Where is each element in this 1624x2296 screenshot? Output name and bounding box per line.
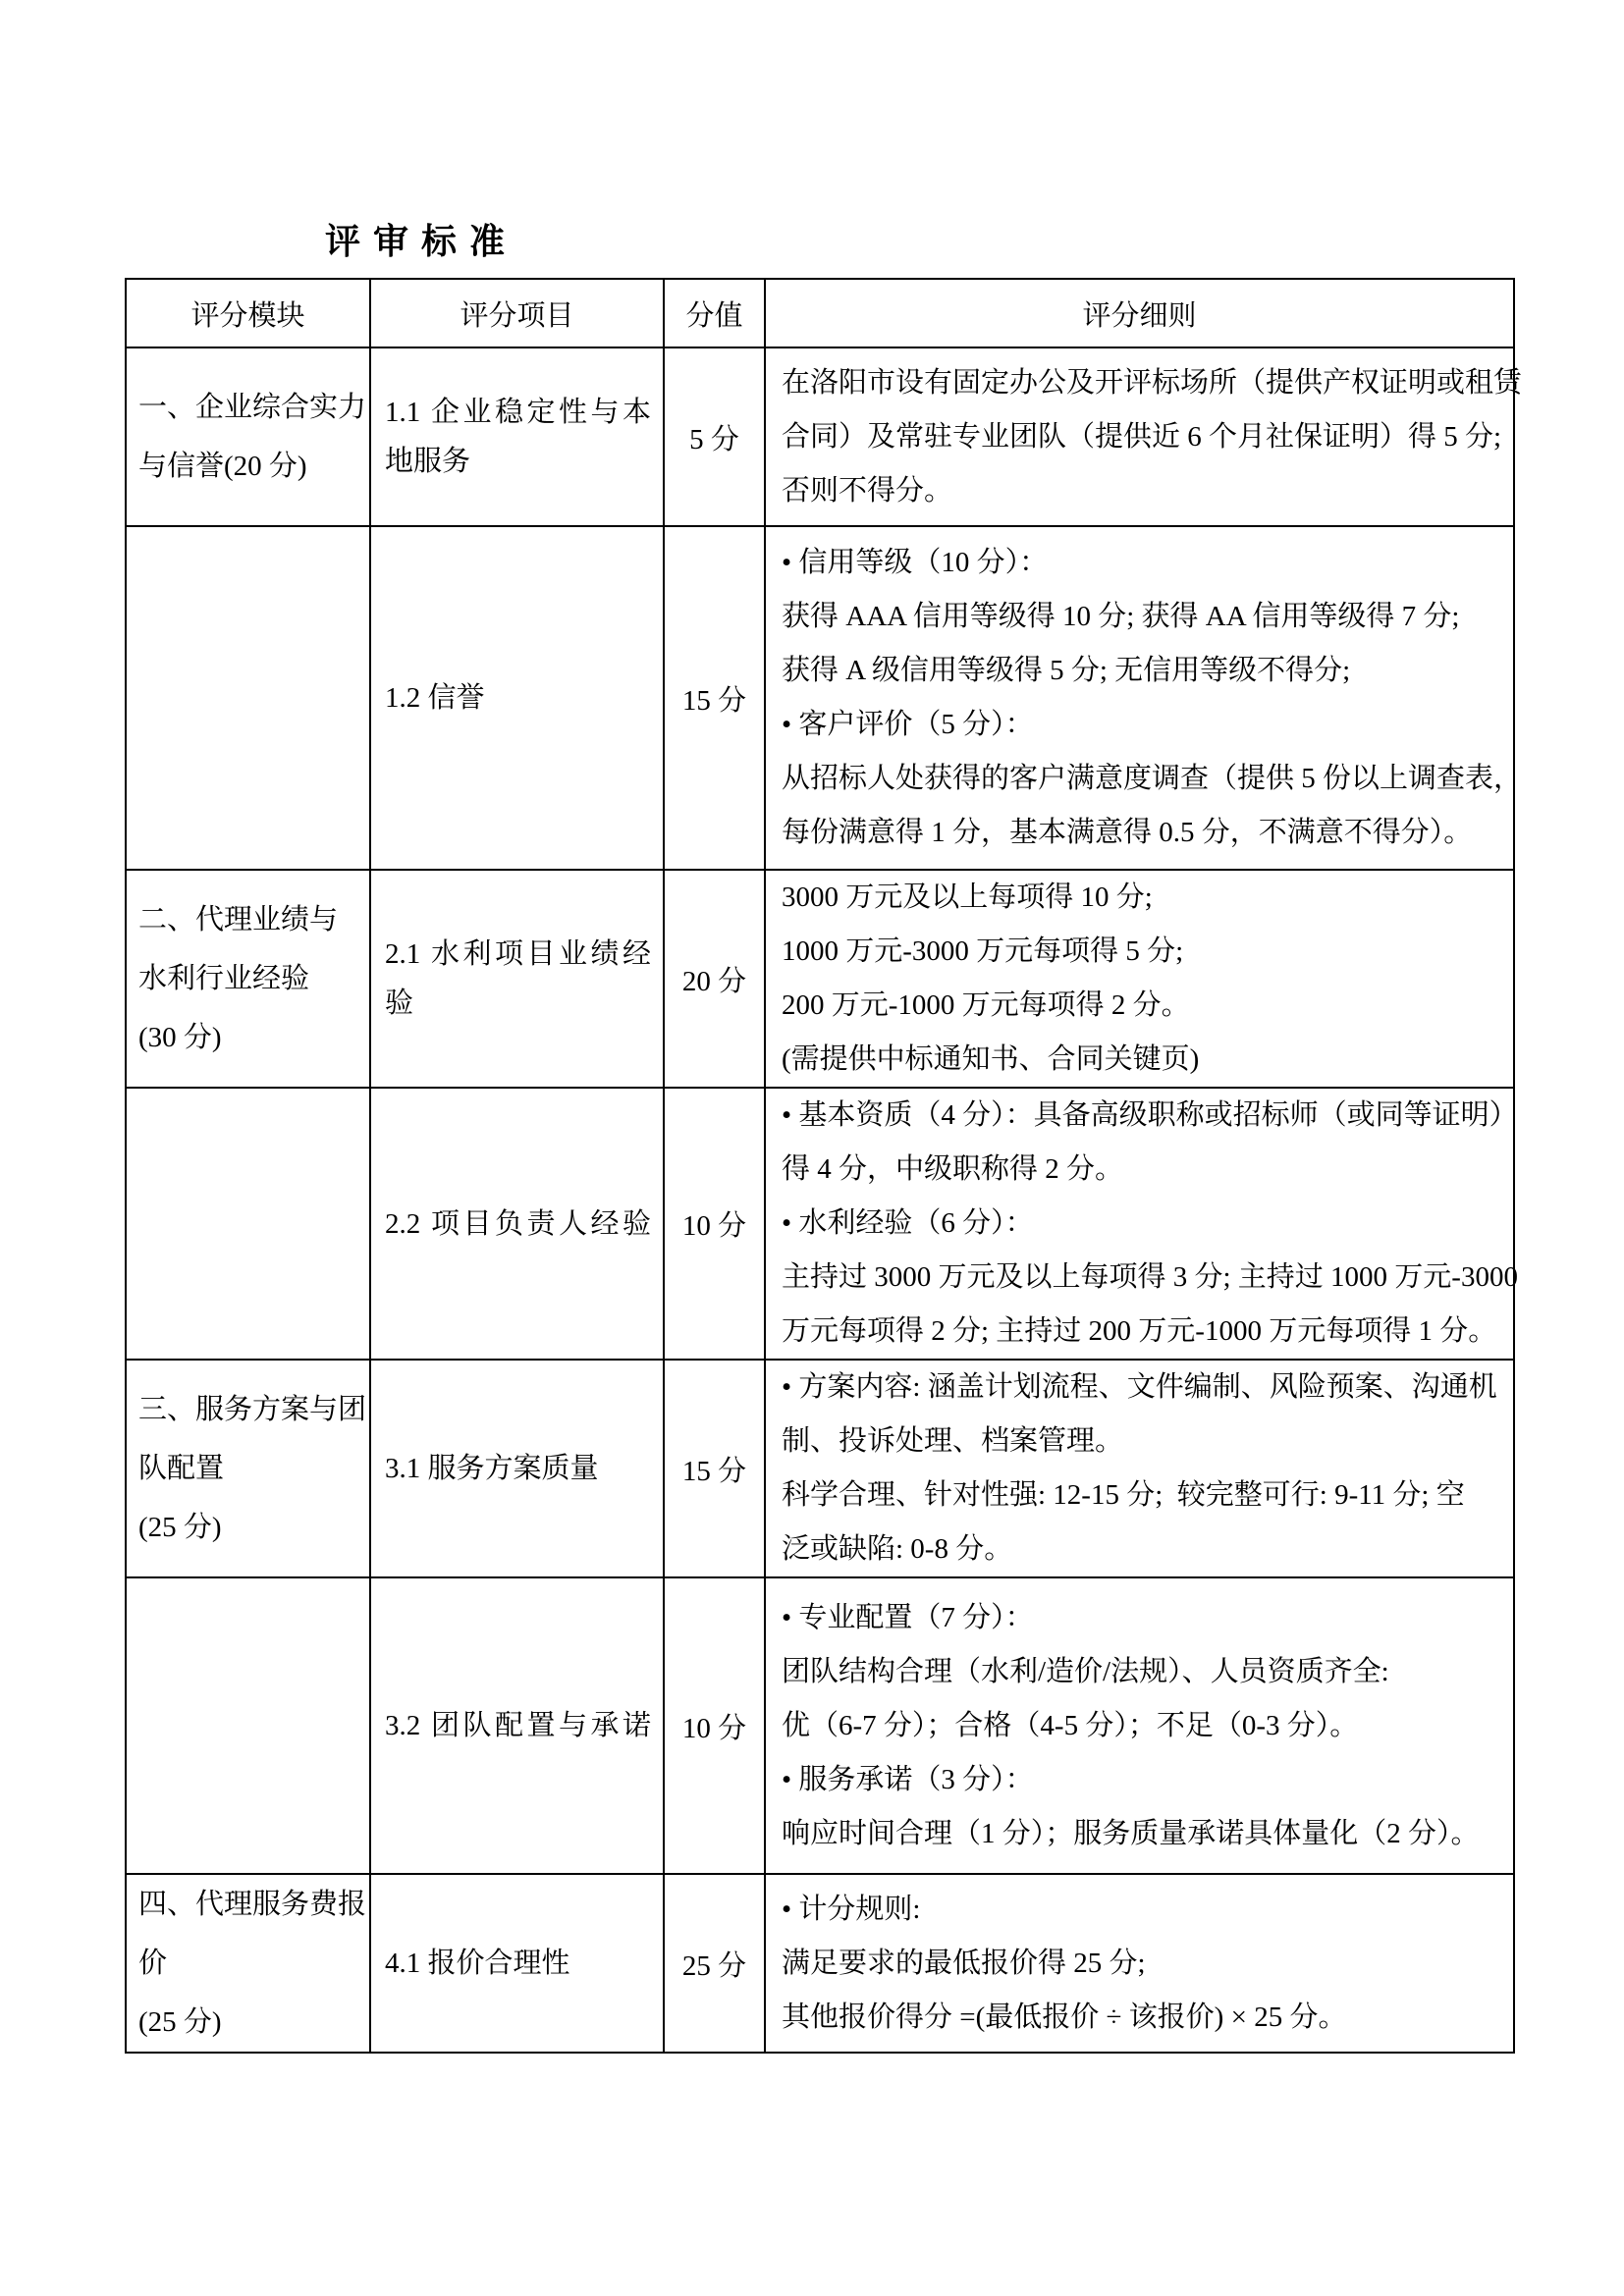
text-line: • 水利经验（6 分）： <box>782 1197 1503 1251</box>
item-cell: 2.1 水利项目业绩经验 <box>370 870 664 1088</box>
detail-cell: • 基本资质（4 分）：具备高级职称或招标师（或同等证明）得 4 分，中级职称得… <box>765 1088 1514 1360</box>
col-header-item: 评分项目 <box>370 279 664 347</box>
col-header-score: 分值 <box>664 279 765 347</box>
table-row: 四、代理服务费报价(25 分)4.1 报价合理性25 分• 计分规则:满足要求的… <box>126 1874 1514 2053</box>
text-line: 200 万元-1000 万元每项得 2 分。 <box>782 979 1503 1033</box>
text-line: • 计分规则: <box>782 1883 1503 1937</box>
detail-cell: 在洛阳市设有固定办公及开评标场所（提供产权证明或租赁合同）及常驻专业团队（提供近… <box>765 347 1514 526</box>
text-line: 主持过 3000 万元及以上每项得 3 分; 主持过 1000 万元-3000 <box>782 1251 1503 1305</box>
text-line: 团队结构合理（水利/造价/法规）、人员资质齐全: <box>782 1645 1503 1699</box>
text-line: 获得 A 级信用等级得 5 分; 无信用等级不得分; <box>782 644 1503 698</box>
text-line: 3.2 团队配置与承诺 <box>385 1701 651 1750</box>
text-line: 获得 AAA 信用等级得 10 分; 获得 AA 信用等级得 7 分; <box>782 590 1503 644</box>
text-line: 3.1 服务方案质量 <box>385 1444 651 1493</box>
criteria-table: 评分模块 评分项目 分值 评分细则 一、企业综合实力与信誉(20 分)1.1 企… <box>125 278 1515 2054</box>
text-line: 万元每项得 2 分; 主持过 200 万元-1000 万元每项得 1 分。 <box>782 1305 1503 1359</box>
text-line: 二、代理业绩与 <box>138 890 359 949</box>
text-line: 每份满意得 1 分，基本满意得 0.5 分，不满意不得分）。 <box>782 806 1503 860</box>
text-line: • 基本资质（4 分）：具备高级职称或招标师（或同等证明） <box>782 1089 1503 1143</box>
text-line: 队配置 <box>138 1439 359 1498</box>
text-line: 得 4 分，中级职称得 2 分。 <box>782 1143 1503 1197</box>
score-cell: 25 分 <box>664 1874 765 2053</box>
module-cell: 三、服务方案与团队配置(25 分) <box>126 1360 370 1577</box>
table-row: 一、企业综合实力与信誉(20 分)1.1 企业稳定性与本地服务5 分在洛阳市设有… <box>126 347 1514 526</box>
item-cell: 3.2 团队配置与承诺 <box>370 1577 664 1874</box>
col-header-detail: 评分细则 <box>765 279 1514 347</box>
text-line: 其他报价得分 =(最低报价 ÷ 该报价) × 25 分。 <box>782 1991 1503 2045</box>
score-cell: 20 分 <box>664 870 765 1088</box>
text-line: 一、企业综合实力 <box>138 378 359 437</box>
text-line: 合同）及常驻专业团队（提供近 6 个月社保证明）得 5 分; <box>782 410 1503 464</box>
module-cell: 四、代理服务费报价(25 分) <box>126 1874 370 2053</box>
text-line: 四、代理服务费报 <box>138 1875 359 1934</box>
text-line: 3000 万元及以上每项得 10 分; <box>782 871 1503 925</box>
text-line: 水利行业经验 <box>138 949 359 1008</box>
text-line: 2.2 项目负责人经验 <box>385 1200 651 1249</box>
table-row: 三、服务方案与团队配置(25 分)3.1 服务方案质量15 分• 方案内容: 涵… <box>126 1360 1514 1577</box>
module-cell <box>126 526 370 870</box>
item-cell: 1.2 信誉 <box>370 526 664 870</box>
score-cell: 10 分 <box>664 1577 765 1874</box>
table-header: 评分模块 评分项目 分值 评分细则 <box>126 279 1514 347</box>
text-line: 三、服务方案与团 <box>138 1380 359 1439</box>
detail-cell: 3000 万元及以上每项得 10 分;1000 万元-3000 万元每项得 5 … <box>765 870 1514 1088</box>
module-cell: 一、企业综合实力与信誉(20 分) <box>126 347 370 526</box>
text-line: • 信用等级（10 分）： <box>782 536 1503 590</box>
item-cell: 2.2 项目负责人经验 <box>370 1088 664 1360</box>
text-line: 从招标人处获得的客户满意度调查（提供 5 份以上调查表， <box>782 752 1503 806</box>
text-line: 与信誉(20 分) <box>138 437 359 496</box>
detail-cell: • 专业配置（7 分）：团队结构合理（水利/造价/法规）、人员资质齐全:优（6-… <box>765 1577 1514 1874</box>
score-cell: 5 分 <box>664 347 765 526</box>
text-line: • 服务承诺（3 分）： <box>782 1753 1503 1807</box>
text-line: (25 分) <box>138 1993 359 2052</box>
text-line: 1.2 信誉 <box>385 673 651 722</box>
header-row: 评分模块 评分项目 分值 评分细则 <box>126 279 1514 347</box>
text-line: 满足要求的最低报价得 25 分; <box>782 1937 1503 1991</box>
table-row: 二、代理业绩与水利行业经验(30 分)2.1 水利项目业绩经验20 分3000 … <box>126 870 1514 1088</box>
score-cell: 15 分 <box>664 1360 765 1577</box>
module-cell: 二、代理业绩与水利行业经验(30 分) <box>126 870 370 1088</box>
text-line: 科学合理、针对性强: 12-15 分; 较完整可行: 9-11 分; 空 <box>782 1468 1503 1522</box>
table-row: 2.2 项目负责人经验10 分• 基本资质（4 分）：具备高级职称或招标师（或同… <box>126 1088 1514 1360</box>
detail-cell: • 方案内容: 涵盖计划流程、文件编制、风险预案、沟通机制、投诉处理、档案管理。… <box>765 1360 1514 1577</box>
detail-cell: • 计分规则:满足要求的最低报价得 25 分;其他报价得分 =(最低报价 ÷ 该… <box>765 1874 1514 2053</box>
item-cell: 3.1 服务方案质量 <box>370 1360 664 1577</box>
module-cell <box>126 1577 370 1874</box>
score-cell: 10 分 <box>664 1088 765 1360</box>
text-line: 制、投诉处理、档案管理。 <box>782 1415 1503 1468</box>
text-line: 优（6-7 分）；合格（4-5 分）；不足（0-3 分）。 <box>782 1699 1503 1753</box>
item-cell: 1.1 企业稳定性与本地服务 <box>370 347 664 526</box>
text-line: • 客户评价（5 分）： <box>782 698 1503 752</box>
item-cell: 4.1 报价合理性 <box>370 1874 664 2053</box>
text-line: 泛或缺陷: 0-8 分。 <box>782 1522 1503 1576</box>
text-line: 地服务 <box>385 437 651 486</box>
text-line: 2.1 水利项目业绩经 <box>385 930 651 979</box>
text-line: (需提供中标通知书、合同关键页) <box>782 1033 1503 1087</box>
text-line: • 方案内容: 涵盖计划流程、文件编制、风险预案、沟通机 <box>782 1361 1503 1415</box>
text-line: 响应时间合理（1 分）；服务质量承诺具体量化（2 分）。 <box>782 1807 1503 1861</box>
text-line: (30 分) <box>138 1008 359 1067</box>
text-line: 1.1 企业稳定性与本 <box>385 388 651 437</box>
text-line: 价 <box>138 1934 359 1993</box>
text-line: 1000 万元-3000 万元每项得 5 分; <box>782 925 1503 979</box>
table-row: 1.2 信誉15 分• 信用等级（10 分）：获得 AAA 信用等级得 10 分… <box>126 526 1514 870</box>
score-cell: 15 分 <box>664 526 765 870</box>
text-line: 否则不得分。 <box>782 464 1503 518</box>
table-row: 3.2 团队配置与承诺10 分• 专业配置（7 分）：团队结构合理（水利/造价/… <box>126 1577 1514 1874</box>
col-header-module: 评分模块 <box>126 279 370 347</box>
detail-cell: • 信用等级（10 分）：获得 AAA 信用等级得 10 分; 获得 AA 信用… <box>765 526 1514 870</box>
table-body: 一、企业综合实力与信誉(20 分)1.1 企业稳定性与本地服务5 分在洛阳市设有… <box>126 347 1514 2053</box>
text-line: 4.1 报价合理性 <box>385 1939 651 1988</box>
text-line: 在洛阳市设有固定办公及开评标场所（提供产权证明或租赁 <box>782 356 1503 410</box>
page-title: 评审标准 <box>325 214 517 264</box>
text-line: • 专业配置（7 分）： <box>782 1591 1503 1645</box>
document-page: { "page_title": "评审标准", "table": { "head… <box>0 0 1624 2296</box>
text-line: 验 <box>385 979 651 1028</box>
text-line: (25 分) <box>138 1498 359 1557</box>
module-cell <box>126 1088 370 1360</box>
